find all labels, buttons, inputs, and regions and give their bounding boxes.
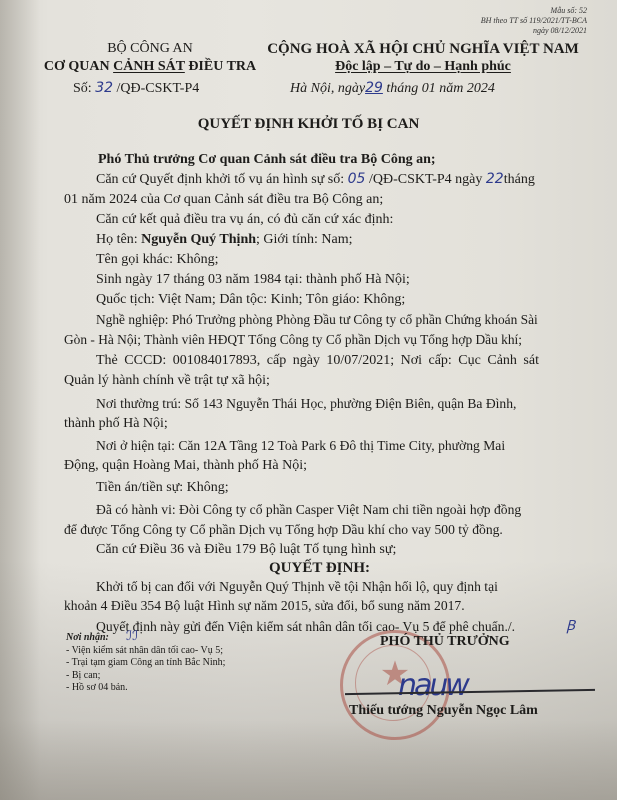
handwritten-initial-recipients: ℐℐ <box>126 629 138 644</box>
criminal-record: Tiền án/tiền sự: Không; <box>96 478 229 498</box>
occupation-line2: Gòn - Hà Nội; Thành viên HĐQT Tổng Công … <box>64 330 522 350</box>
offense-act-line1: Đã có hành vi: Đòi Công ty cổ phần Caspe… <box>96 500 521 520</box>
handwritten-signature: nauw <box>398 668 467 703</box>
decision-line1: Khởi tố bị can đối với Nguyễn Quý Thịnh … <box>96 577 498 597</box>
permanent-residence-line2: thành phố Hà Nội; <box>64 414 168 434</box>
authority-line: Phó Thủ trưởng Cơ quan Cảnh sát điều tra… <box>98 150 436 170</box>
investigation-basis: Căn cứ kết quả điều tra vụ án, có đủ căn… <box>96 210 393 230</box>
defendant-alias: Tên gọi khác: Không; <box>96 250 218 270</box>
recipient-item: - Viện kiểm sát nhân dân tối cao- Vụ 5; <box>66 645 225 658</box>
permanent-residence-line1: Nơi thường trú: Số 143 Nguyễn Thái Học, … <box>96 394 516 414</box>
signer-name: Thiếu tướng Nguyễn Ngọc Lâm <box>349 703 538 719</box>
id-card-line2: Quản lý hành chính về trật tự xã hội; <box>64 371 270 391</box>
document-page: Mẫu số: 52 BH theo TT số 119/2021/TT-BCA… <box>0 0 617 800</box>
legal-basis: Căn cứ Điều 36 và Điều 179 Bộ luật Tố tụ… <box>96 540 396 560</box>
occupation-line1: Nghề nghiệp: Phó Trưởng phòng Phòng Đầu … <box>96 310 538 330</box>
basis1-end: tháng <box>504 172 535 187</box>
case-number-handwritten: 05 <box>348 171 366 187</box>
defendant-nationality: Quốc tịch: Việt Nam; Dân tộc: Kinh; Tôn … <box>96 290 405 310</box>
id-card-line1: Thẻ CCCD: 001084017893, cấp ngày 10/07/2… <box>96 351 539 371</box>
recipient-item: - Hồ sơ 04 bản. <box>66 682 225 695</box>
defendant-gender: ; Giới tính: Nam; <box>256 232 352 247</box>
basis-decision-line2: 01 năm 2024 của Cơ quan Cảnh sát điều tr… <box>64 190 383 210</box>
recipient-item: - Bị can; <box>66 670 225 683</box>
offense-act-line2: để được Tổng Công ty Cổ phần Dịch vụ Tổn… <box>64 520 503 540</box>
case-day-handwritten: 22 <box>486 171 504 187</box>
defendant-name-line: Họ tên: Nguyễn Quý Thịnh; Giới tính: Nam… <box>96 230 352 250</box>
current-residence-line2: Động, quận Hoàng Mai, thành phố Hà Nội; <box>64 456 307 476</box>
recipient-item: - Trại tạm giam Công an tỉnh Bắc Ninh; <box>66 657 225 670</box>
recipients-block: Nơi nhận: - Viện kiểm sát nhân dân tối c… <box>66 632 225 695</box>
defendant-name: Nguyễn Quý Thịnh <box>141 232 256 247</box>
decision-heading: QUYẾT ĐỊNH: <box>269 559 370 579</box>
basis1-middle: /QĐ-CSKT-P4 ngày <box>365 172 485 187</box>
basis1-text: Căn cứ Quyết định khởi tố vụ án hình sự … <box>96 172 348 187</box>
defendant-birth: Sinh ngày 17 tháng 03 năm 1984 tại: thàn… <box>96 270 410 290</box>
basis-decision-line: Căn cứ Quyết định khởi tố vụ án hình sự … <box>96 170 535 190</box>
decision-line2: khoản 4 Điều 354 Bộ luật Hình sự năm 201… <box>64 596 465 616</box>
handwritten-initial-body: Ꞵ <box>566 616 575 635</box>
recipients-label: Nơi nhận: <box>66 632 225 645</box>
current-residence-line1: Nơi ở hiện tại: Căn 12A Tầng 12 Toà Park… <box>96 436 505 456</box>
name-label: Họ tên: <box>96 232 141 247</box>
signer-title: PHÓ THỦ TRƯỞNG <box>380 634 510 650</box>
